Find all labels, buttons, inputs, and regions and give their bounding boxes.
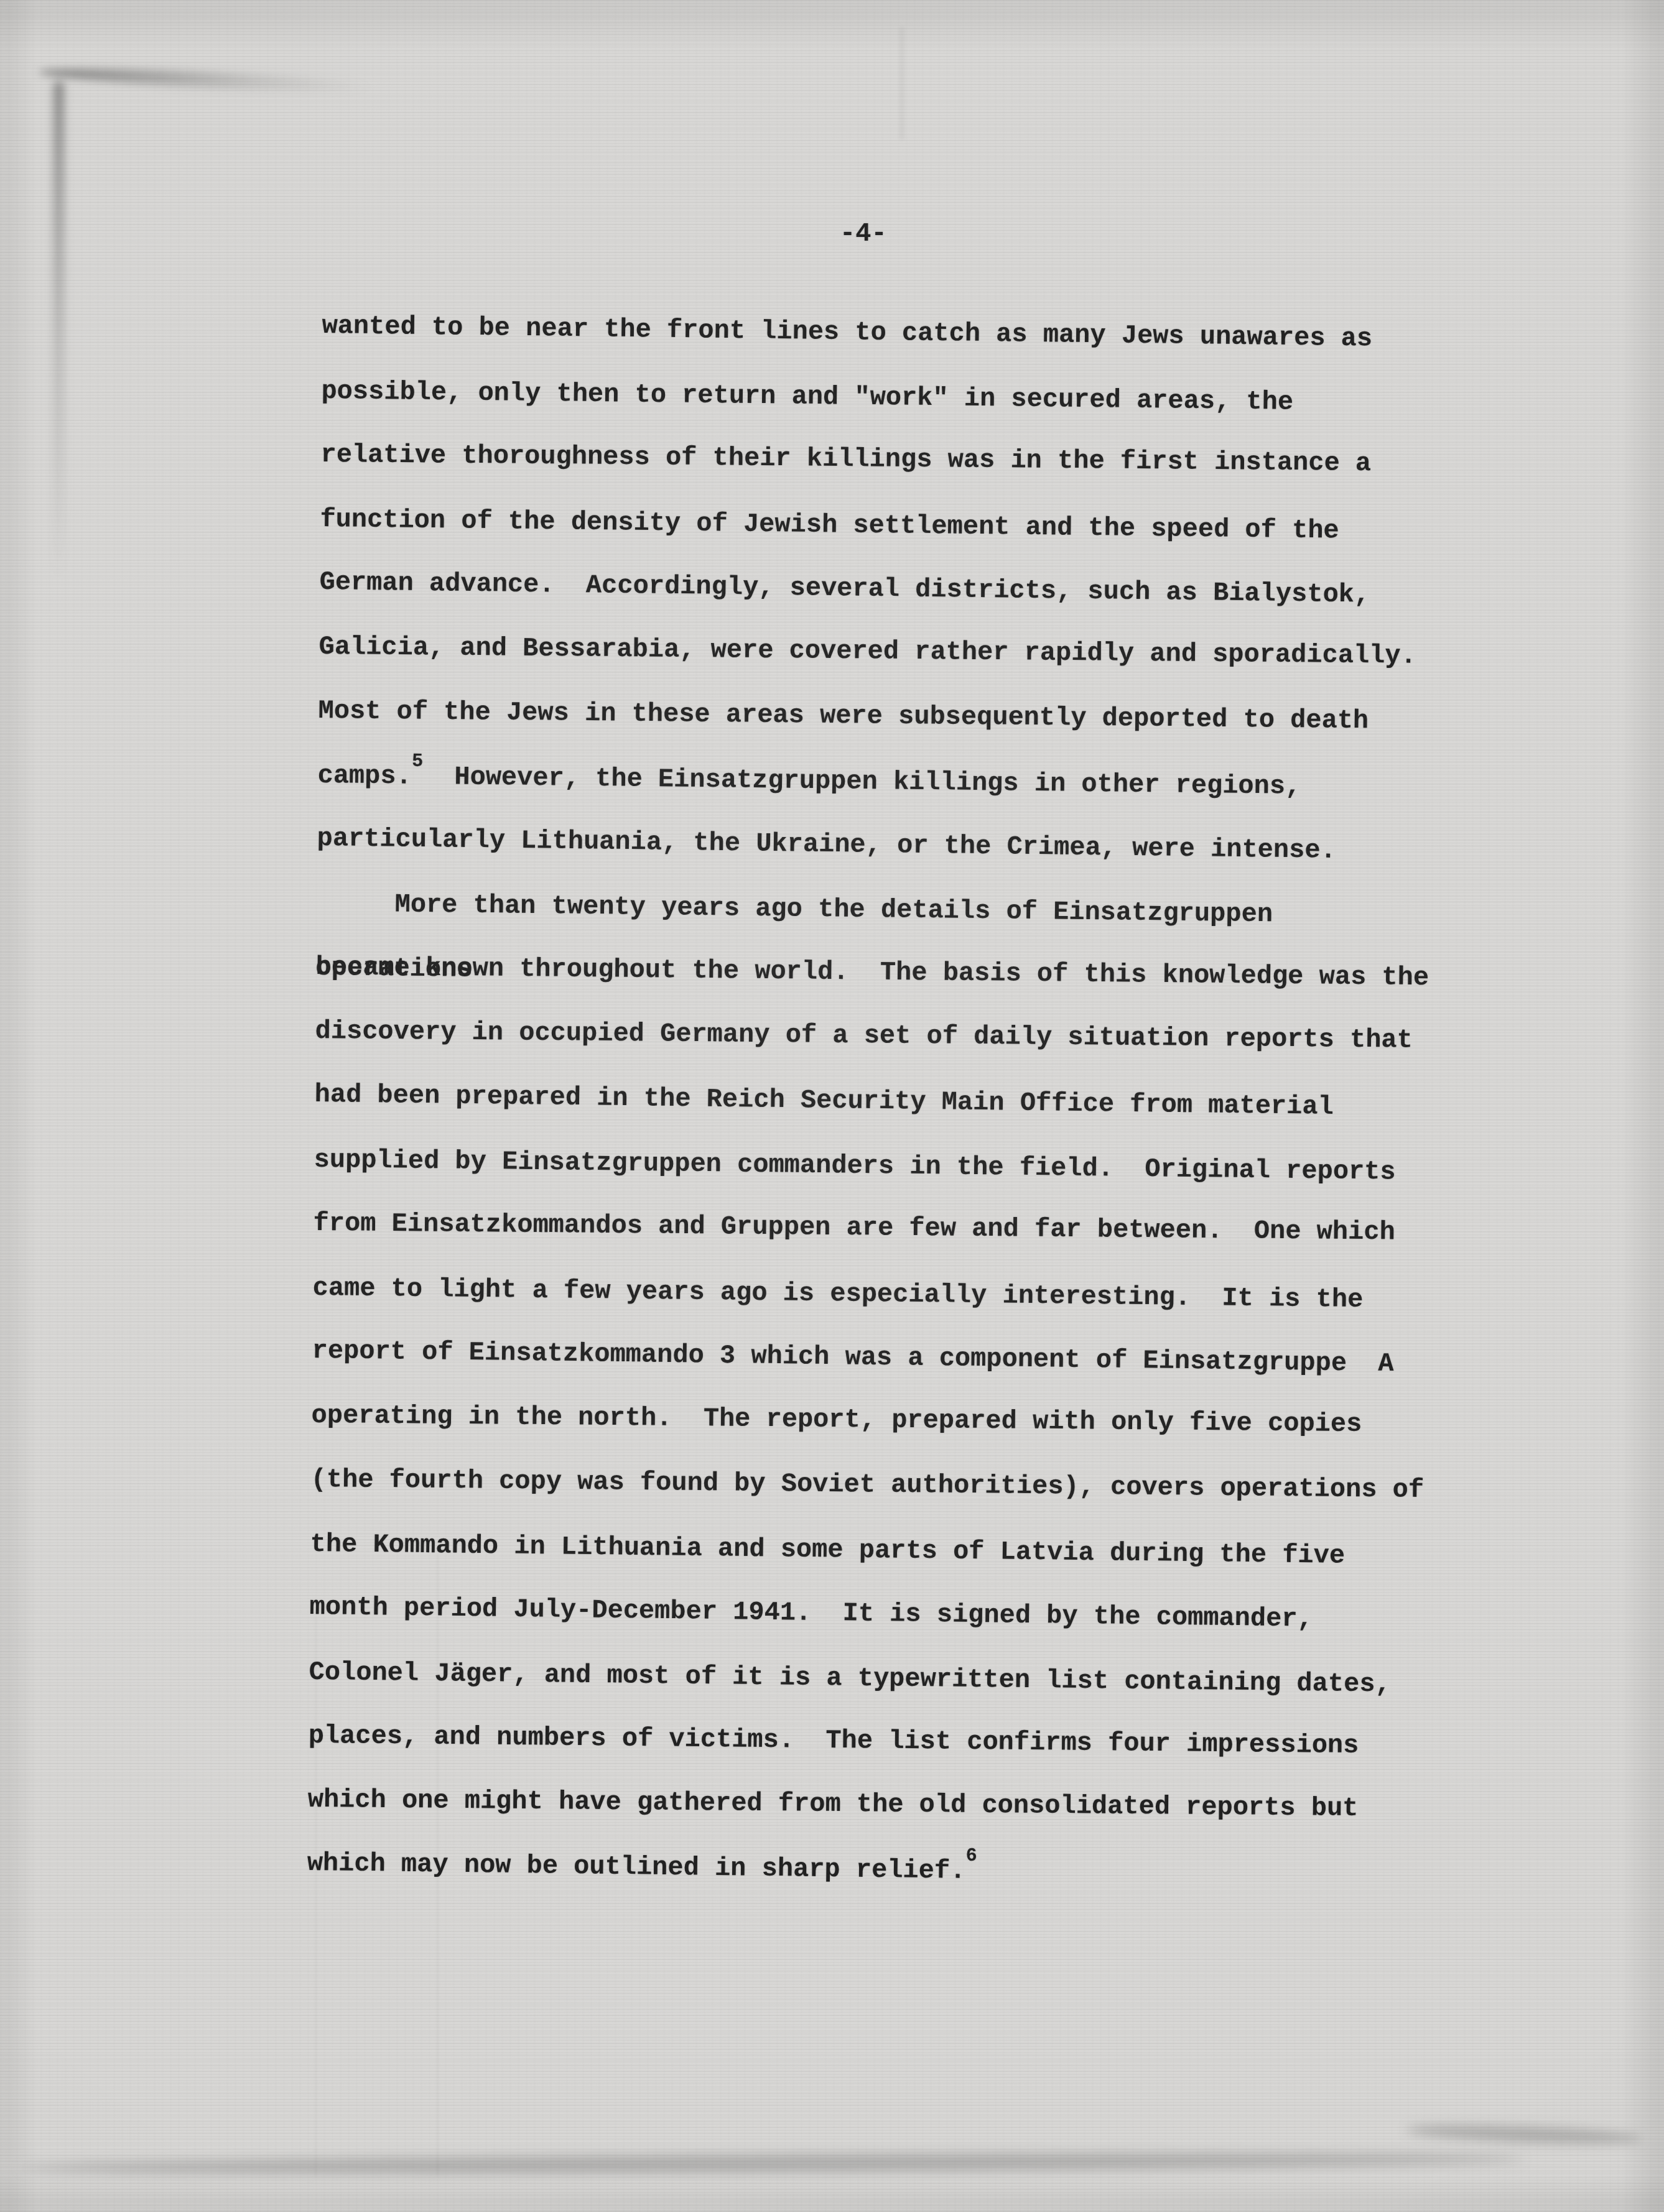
typewritten-line: relative thoroughness of their killings … (320, 423, 1434, 496)
footnote-reference: 6 (965, 1846, 977, 1867)
typewritten-line: which one might have gathered from the o… (307, 1768, 1421, 1841)
page-number: -4- (840, 219, 887, 249)
typewritten-line: operating in the north. The report, prep… (311, 1384, 1425, 1457)
typewritten-line: More than twenty years ago the details o… (316, 872, 1430, 948)
left-edge-shadow (53, 81, 64, 578)
typewritten-line: month period July-December 1941. It is s… (309, 1575, 1423, 1653)
typewritten-line: had been prepared in the Reich Security … (314, 1063, 1428, 1141)
bottom-right-curl-shadow (1406, 2122, 1643, 2147)
typewritten-line: wanted to be near the front lines to cat… (322, 294, 1436, 372)
typewritten-line: which may now be outlined in sharp relie… (307, 1831, 1421, 1909)
top-left-fold-shadow (39, 65, 375, 95)
typewritten-line: discovery in occupied Germany of a set o… (315, 999, 1429, 1073)
bottom-page-edge-shadow (19, 2151, 1524, 2177)
typewritten-line: (the fourth copy was found by Soviet aut… (310, 1448, 1425, 1522)
typewritten-line: Galicia, and Bessarabia, were covered ra… (318, 615, 1433, 688)
paper-crease (901, 27, 903, 139)
typewritten-line: Colonel Jäger, and most of it is a typew… (309, 1640, 1423, 1717)
typewritten-text-block: wanted to be near the front lines to cat… (307, 295, 1436, 1907)
typewritten-line: Most of the Jews in these areas were sub… (318, 679, 1432, 754)
typewritten-line: from Einsatzkommandos and Gruppen are fe… (313, 1192, 1427, 1265)
footnote-reference: 5 (412, 751, 424, 772)
scanned-document-page: -4- wanted to be near the front lines to… (0, 0, 1664, 2212)
typewritten-line: particularly Lithuania, the Ukraine, or … (317, 807, 1431, 884)
